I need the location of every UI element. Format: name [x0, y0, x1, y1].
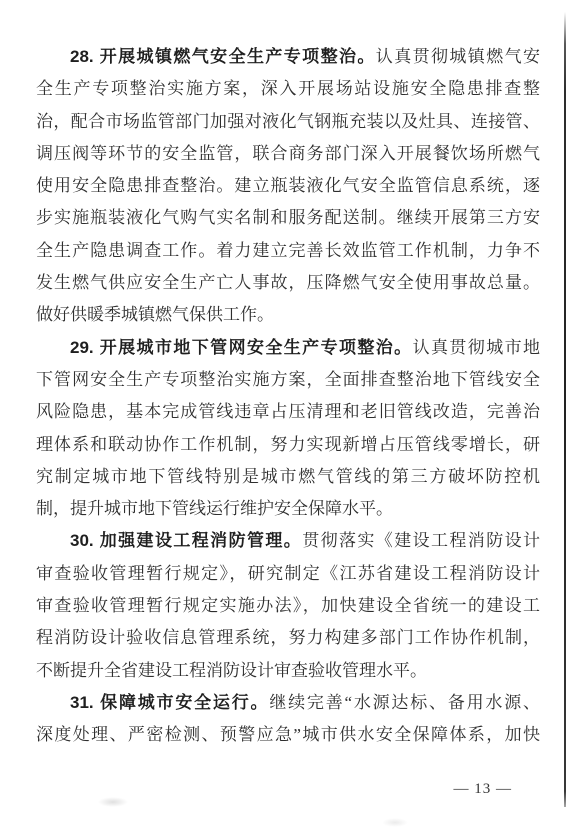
text-line: 步实施瓶装液化气购气实名制和服务配送制。继续开展第三方安	[36, 202, 540, 234]
text-line: 28. 开展城镇燃气安全生产专项整治。认真贯彻城镇燃气安	[36, 41, 540, 73]
text-line: 审查验收管理暂行规定》，研究制定《江苏省建设工程消防设计	[36, 558, 540, 590]
text-line: 不断提升全省建设工程消防设计审查验收管理水平。	[36, 655, 540, 687]
text-line: 发生燃气供应安全生产亡人事故，压降燃气安全使用事故总量。	[36, 267, 540, 299]
paragraph-body-text: 治，配合市场监管部门加强对液化气钢瓶充装以及灶具、连接管、	[36, 112, 540, 131]
paragraph-body-text: 下管网安全生产专项整治实施方案，全面排查整治地下管线安全	[36, 370, 540, 389]
paragraph-body-text: 全生产隐患调查工作。着力建立完善长效监管工作机制，力争不	[36, 241, 540, 260]
paragraph-body-text: 审查验收管理暂行规定》，研究制定《江苏省建设工程消防设计	[36, 564, 540, 583]
text-line: 调压阀等环节的安全监管，联合商务部门深入开展餐饮场所燃气	[36, 138, 540, 170]
text-line: 程消防设计验收信息管理系统，努力构建多部门工作协作机制，	[36, 622, 540, 654]
text-line: 全生产隐患调查工作。着力建立完善长效监管工作机制，力争不	[36, 235, 540, 267]
scan-edge-line	[564, 12, 566, 807]
paragraph-body-text: 不断提升全省建设工程消防设计审查验收管理水平。	[36, 661, 427, 680]
text-line: 30. 加强建设工程消防管理。贯彻落实《建设工程消防设计	[36, 525, 540, 557]
paragraph-body-text: 做好供暖季城镇燃气保供工作。	[36, 305, 274, 324]
document-body: 28. 开展城镇燃气安全生产专项整治。认真贯彻城镇燃气安全生产专项整治实施方案，…	[36, 41, 540, 752]
text-line: 做好供暖季城镇燃气保供工作。	[36, 299, 540, 331]
paragraph-body-text: 贯彻落实《建设工程消防设计	[302, 531, 540, 550]
text-line: 下管网安全生产专项整治实施方案，全面排查整治地下管线安全	[36, 364, 540, 396]
paragraph-body-text: 究制定城市地下管线特别是城市燃气管线的第三方破坏防控机	[36, 467, 540, 486]
text-line: 制，提升城市地下管线运行维护安全保障水平。	[36, 493, 540, 525]
paragraph-lead-text: 29. 开展城市地下管网安全生产专项整治。	[70, 338, 413, 357]
text-line: 全生产专项整治实施方案，深入开展场站设施安全隐患排查整	[36, 73, 540, 105]
paragraph-body-text: 认真贯彻城镇燃气安	[376, 47, 540, 66]
document-page: 28. 开展城镇燃气安全生产专项整治。认真贯彻城镇燃气安全生产专项整治实施方案，…	[0, 0, 568, 834]
paragraph-body-text: 全生产专项整治实施方案，深入开展场站设施安全隐患排查整	[36, 79, 540, 98]
text-line: 深度处理、严密检测、预警应急”城市供水安全保障体系，加快	[36, 719, 540, 751]
paragraph-body-text: 制，提升城市地下管线运行维护安全保障水平。	[36, 499, 393, 518]
page-number: — 13 —	[454, 781, 513, 798]
paragraph: 28. 开展城镇燃气安全生产专项整治。认真贯彻城镇燃气安全生产专项整治实施方案，…	[36, 41, 540, 332]
text-line: 究制定城市地下管线特别是城市燃气管线的第三方破坏防控机	[36, 461, 540, 493]
paragraph-lead-text: 28. 开展城镇燃气安全生产专项整治。	[70, 47, 376, 66]
paragraph-body-text: 使用安全隐患排查整治。建立瓶装液化气安全监管信息系统，逐	[36, 176, 540, 195]
paragraph-body-text: 继续完善“水源达标、备用水源、	[269, 693, 540, 712]
paragraph-lead-text: 31. 保障城市安全运行。	[70, 693, 269, 712]
paragraph-body-text: 步实施瓶装液化气购气实名制和服务配送制。继续开展第三方安	[36, 208, 540, 227]
paragraph-body-text: 认真贯彻城市地	[413, 338, 540, 357]
text-line: 治，配合市场监管部门加强对液化气钢瓶充装以及灶具、连接管、	[36, 106, 540, 138]
paragraph-body-text: 审查验收管理暂行规定实施办法》，加快建设全省统一的建设工	[36, 596, 540, 615]
paragraph-lead-text: 30. 加强建设工程消防管理。	[70, 531, 302, 550]
text-line: 31. 保障城市安全运行。继续完善“水源达标、备用水源、	[36, 687, 540, 719]
scan-smudge	[98, 797, 128, 807]
text-line: 审查验收管理暂行规定实施办法》，加快建设全省统一的建设工	[36, 590, 540, 622]
paragraph-body-text: 深度处理、严密检测、预警应急”城市供水安全保障体系，加快	[36, 725, 540, 744]
text-line: 使用安全隐患排查整治。建立瓶装液化气安全监管信息系统，逐	[36, 170, 540, 202]
paragraph: 29. 开展城市地下管网安全生产专项整治。认真贯彻城市地下管网安全生产专项整治实…	[36, 332, 540, 526]
paragraph-body-text: 调压阀等环节的安全监管，联合商务部门深入开展餐饮场所燃气	[36, 144, 540, 163]
paragraph: 30. 加强建设工程消防管理。贯彻落实《建设工程消防设计审查验收管理暂行规定》，…	[36, 525, 540, 686]
paragraph-body-text: 风险隐患，基本完成管线违章占压清理和老旧管线改造，完善治	[36, 402, 540, 421]
paragraph-body-text: 理体系和联动协作工作机制，努力实现新增占压管线零增长，研	[36, 435, 540, 454]
text-line: 29. 开展城市地下管网安全生产专项整治。认真贯彻城市地	[36, 332, 540, 364]
text-line: 理体系和联动协作工作机制，努力实现新增占压管线零增长，研	[36, 429, 540, 461]
text-line: 风险隐患，基本完成管线违章占压清理和老旧管线改造，完善治	[36, 396, 540, 428]
paragraph-body-text: 程消防设计验收信息管理系统，努力构建多部门工作协作机制，	[36, 628, 540, 647]
paragraph-body-text: 发生燃气供应安全生产亡人事故，压降燃气安全使用事故总量。	[36, 273, 540, 292]
scan-smudge	[382, 818, 408, 827]
paragraph: 31. 保障城市安全运行。继续完善“水源达标、备用水源、深度处理、严密检测、预警…	[36, 687, 540, 752]
